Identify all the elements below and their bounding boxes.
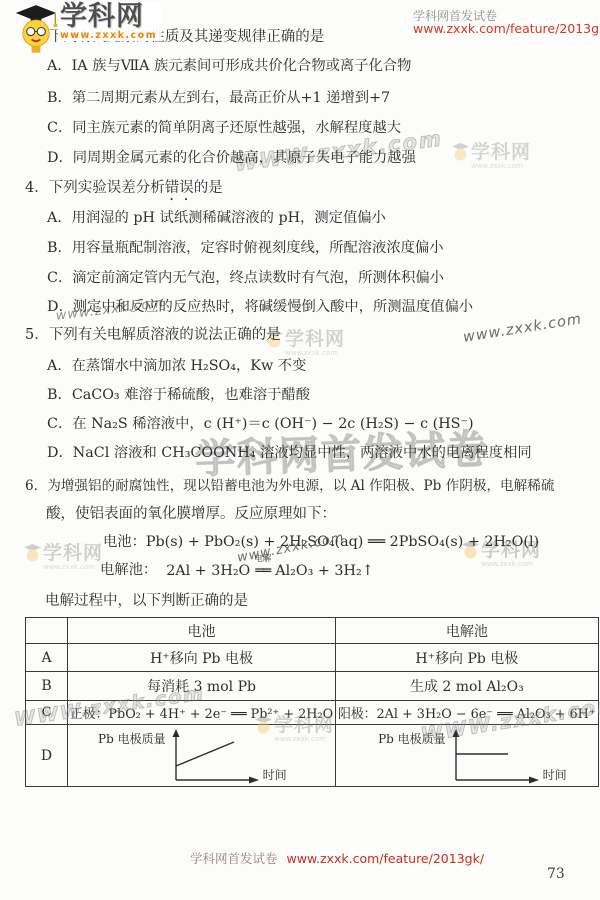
q5-option-c: C．在 Na₂S 稀溶液中，c (H⁺)＝c (OH⁻) − 2c (H₂S) … [47, 413, 474, 433]
q3-option-b: B．第二周期元素从左到右，最高正价从+1 递增到+7 [47, 87, 390, 107]
question-text: 下列实验误差分析 [49, 180, 165, 196]
watermark-logo-text: 学科网 [471, 143, 531, 162]
mascot-graduate-icon [14, 2, 58, 54]
equation-rhs: Al₂O₃ + 3H₂↑ [275, 563, 373, 579]
header-empty [26, 618, 68, 644]
q3-option-a: A．ⅠA 族与ⅦA 族元素间可形成共价化合物或离子化合物 [47, 55, 411, 75]
option-text: 在 Na₂S 稀溶液中，c (H⁺)＝c (OH⁻) − 2c (H₂S) − … [72, 416, 473, 432]
page-number: 73 [547, 866, 565, 882]
q3-option-d: D．同周期金属元素的化合价越高，其原子失电子能力越强 [47, 147, 416, 167]
question-4-stem: 4．下列实验误差分析错误的是 [25, 176, 223, 204]
chart-x-label: 时间 [543, 766, 567, 783]
q5-option-d: D．NaCl 溶液和 CH₃COONH₄ 溶液均显中性，两溶液中水的电离程度相同 [47, 442, 532, 462]
mascot-icon [24, 544, 41, 563]
option-label: D． [47, 150, 73, 166]
equation-lhs: 2Al + 3H₂O [166, 563, 250, 579]
watermark-logo-url: www.zxxk.com [481, 561, 541, 568]
option-label: B． [47, 90, 72, 106]
option-label: A． [47, 210, 72, 226]
zxxk-logo: 学科网 www.zxxk.com [14, 2, 161, 54]
footer-site-label: 学科网首发试卷 [190, 851, 278, 866]
q5-option-a: A．在蒸馏水中滴加浓 H₂SO₄，Kw 不变 [47, 355, 306, 375]
option-label: B． [47, 240, 72, 256]
row-label: A [26, 644, 68, 672]
equation-label: 电解池： [100, 559, 157, 579]
mascot-icon [255, 716, 272, 735]
question-text: 酸，使铝表面的氧化膜增厚。反应原理如下： [46, 506, 336, 522]
exam-page: WWW.zxxk.com 学科网 www.zxxk.com www.zxxk.c… [0, 0, 600, 900]
option-label: A． [47, 58, 72, 74]
q4-option-c: C．滴定前滴定管内无气泡，终点读数时有气泡，所测体积偏小 [47, 267, 444, 287]
watermark-logo-top-right: 学科网 www.zxxk.com [452, 143, 531, 170]
option-label: B． [47, 387, 72, 403]
logo-url: www.zxxk.com [60, 31, 157, 41]
electrolysis-cell: 生成 2 mol Al₂O₃ [336, 672, 599, 701]
header-site-url: www.zxxk.com/feature/2013gk/ [413, 21, 600, 36]
watermark-logo-url: www.zxxk.com [274, 736, 334, 743]
option-label: C． [47, 120, 72, 136]
question-5-stem: 5．下列有关电解质溶液的说法正确的是 [25, 323, 281, 344]
q4-option-a: A．用润湿的 pH 试纸测稀碱溶液的 pH，测定值偏小 [47, 207, 386, 227]
chart-y-label: Pb 电极质量 [98, 730, 166, 747]
watermark-logo-text: 学科网 [285, 330, 345, 349]
watermark-logo-url: www.zxxk.com [43, 564, 103, 571]
question-6-stem-line2: 酸，使铝表面的氧化膜增厚。反应原理如下： [46, 502, 336, 523]
option-text: 在蒸馏水中滴加浓 H₂SO₄，Kw 不变 [72, 358, 307, 374]
q4-option-b: B．用容量瓶配制溶液，定容时俯视刻度线，所配溶液浓度偏小 [47, 237, 444, 257]
option-label: C． [47, 270, 72, 286]
question-number: 6． [25, 474, 47, 494]
option-text: 同主族元素的简单阴离子还原性越强，水解程度越大 [72, 120, 401, 136]
watermark-logo-url: www.zxxk.com [471, 163, 531, 170]
option-text: NaCl 溶液和 CH₃COONH₄ 溶液均显中性，两溶液中水的电离程度相同 [73, 445, 532, 461]
table-header-row: 电池 电解池 [26, 618, 599, 644]
watermark-logo-eq-left: 学科网 www.zxxk.com [24, 544, 103, 571]
question-text: 的是 [194, 180, 223, 196]
chart-axes-icon [166, 728, 266, 784]
option-text: 滴定前滴定管内无气泡，终点读数时有气泡，所测体积偏小 [72, 270, 444, 286]
question-number: 4． [25, 176, 49, 197]
row-label: D [26, 725, 68, 787]
chart-x-label: 时间 [263, 766, 287, 783]
footer-site-url: www.zxxk.com/feature/2013gk/ [287, 851, 485, 866]
question-text-emphasis: 错误 [165, 180, 194, 196]
watermark-url-right-mid: www.zxxk.com [462, 311, 583, 346]
option-text: ⅠA 族与ⅦA 族元素间可形成共价化合物或离子化合物 [72, 58, 412, 74]
watermark-logo-row-d: 学科网 www.zxxk.com [255, 716, 334, 743]
option-label: A． [47, 358, 72, 374]
option-text: 用润湿的 pH 试纸测稀碱溶液的 pH，测定值偏小 [72, 210, 386, 226]
option-label: D． [47, 299, 73, 315]
logo-title: 学科网 [60, 3, 157, 30]
watermark-logo-text: 学科网 [274, 716, 334, 735]
q3-option-c: C．同主族元素的简单阴离子还原性越强，水解程度越大 [47, 117, 401, 137]
page-footer: 学科网首发试卷www.zxxk.com/feature/2013gk/ [190, 849, 484, 867]
option-text: 测定中和反应的反应热时，将碱缓慢倒入酸中，所测温度值偏小 [73, 299, 473, 315]
option-text: 用容量瓶配制溶液，定容时俯视刻度线，所配溶液浓度偏小 [72, 240, 444, 256]
option-label: C． [47, 416, 72, 432]
question-text: 为增强铝的耐腐蚀性，现以铅蓄电池为外电源，以 Al 作阳极、Pb 作阴极，电解稀… [47, 478, 554, 494]
question-6-prompt: 电解过程中，以下判断正确的是 [45, 589, 248, 610]
battery-cell: H⁺移向 Pb 电极 [68, 644, 336, 672]
option-text: 第二周期元素从左到右，最高正价从+1 递增到+7 [72, 90, 390, 106]
electrolysis-cell: H⁺移向 Pb 电极 [336, 644, 599, 672]
equation-label: 电池： [103, 534, 146, 550]
option-label: D． [47, 445, 73, 461]
table-row: A H⁺移向 Pb 电极 H⁺移向 Pb 电极 [26, 644, 599, 672]
header-battery: 电池 [68, 618, 336, 644]
option-text: CaCO₃ 难溶于稀硫酸，也难溶于醋酸 [72, 387, 310, 403]
mascot-icon [452, 143, 469, 162]
question-6-stem-line1: 6．为增强铝的耐腐蚀性，现以铅蓄电池为外电源，以 Al 作阳极、Pb 作阴极，电… [25, 474, 554, 494]
question-number: 5． [25, 323, 49, 344]
equals-sign: ══ [255, 564, 270, 578]
watermark-logo-text: 学科网 [43, 544, 103, 563]
q4-option-d: D．测定中和反应的反应热时，将碱缓慢倒入酸中，所测温度值偏小 [47, 296, 473, 316]
q5-option-b: B．CaCO₃ 难溶于稀硫酸，也难溶于醋酸 [47, 384, 310, 404]
question-text: 下列有关电解质溶液的说法正确的是 [49, 327, 281, 343]
logo-text-block: 学科网 www.zxxk.com [58, 2, 161, 41]
question-text: 电解过程中，以下判断正确的是 [45, 593, 248, 609]
row-label: B [26, 672, 68, 701]
header-electrolysis: 电解池 [336, 618, 599, 644]
option-text: 同周期金属元素的化合价越高，其原子失电子能力越强 [73, 150, 416, 166]
